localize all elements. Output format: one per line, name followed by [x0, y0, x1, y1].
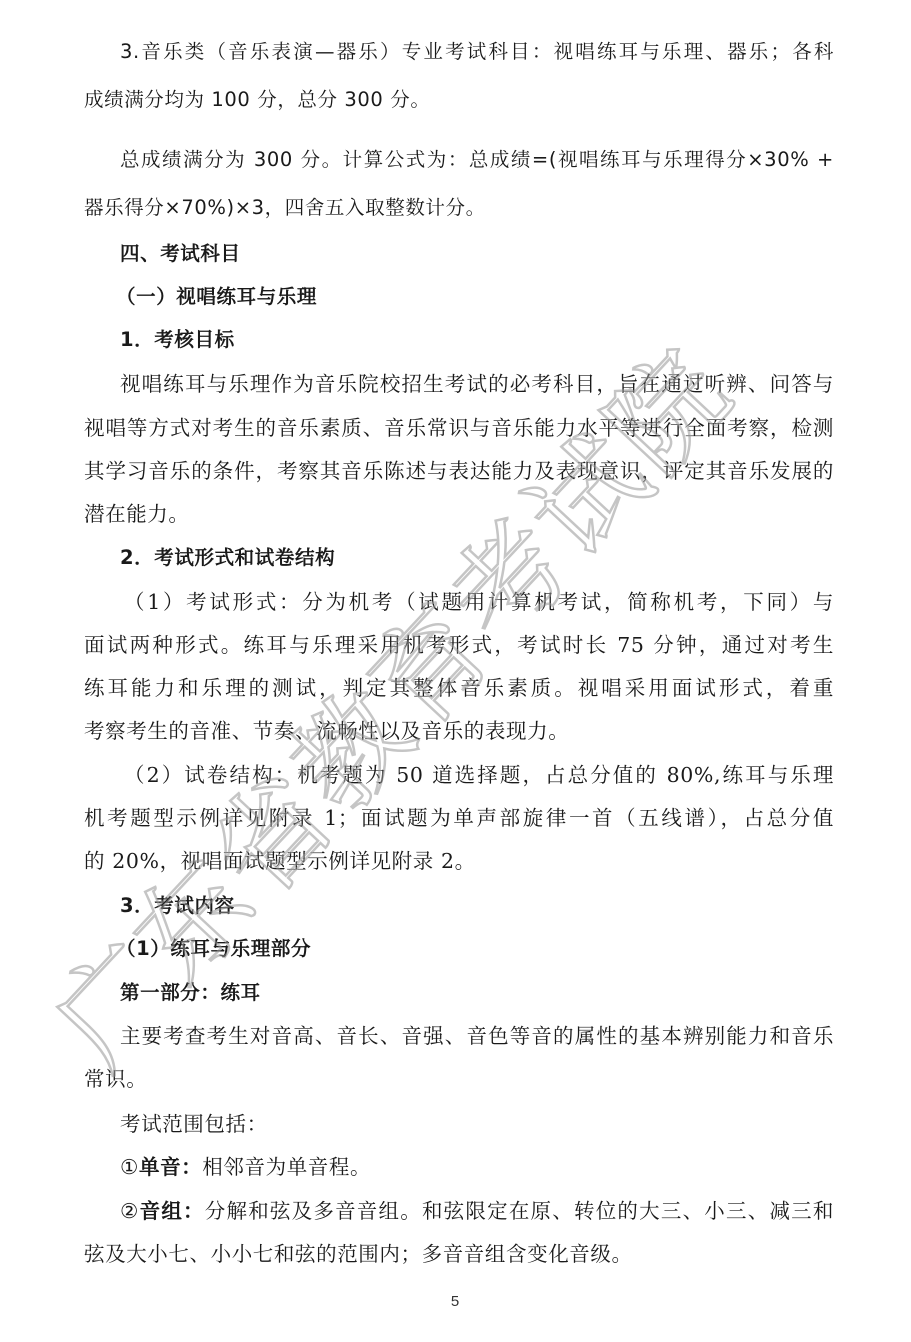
- scope-text: 相邻音为单音程。: [202, 1155, 371, 1179]
- paragraph-subject-line1: 3.音乐类（音乐表演—器乐）专业考试科目：视唱练耳与乐理、器乐；各科: [120, 38, 834, 66]
- structure-line: 机考题型示例详见附录 1；面试题为单声部旋律一首（五线谱），占总分值: [84, 804, 834, 832]
- item-heading-goals: 1．考核目标: [120, 326, 834, 354]
- scope-marker: ②: [120, 1199, 140, 1223]
- paragraph-formula-line1: 总成绩满分为 300 分。计算公式为：总成绩=(视唱练耳与乐理得分×30% +: [120, 146, 834, 174]
- ear-line: 常识。: [84, 1065, 834, 1093]
- subsection-heading-ear-theory: （1）练耳与乐理部分: [116, 935, 866, 963]
- scope-term: 单音：: [139, 1155, 202, 1179]
- part-heading-ear: 第一部分：练耳: [120, 979, 834, 1007]
- ear-line: 主要考查考生对音高、音长、音强、音色等音的属性的基本辨别能力和音乐: [120, 1022, 834, 1050]
- goals-line: 视唱练耳与乐理作为音乐院校招生考试的必考科目，旨在通过听辨、问答与: [120, 370, 834, 398]
- paragraph-subject-line2: 成绩满分均为 100 分，总分 300 分。: [84, 86, 834, 114]
- goals-line: 视唱等方式对考生的音乐素质、音乐常识与音乐能力水平等进行全面考察，检测: [84, 414, 834, 442]
- subsection-heading: （一）视唱练耳与乐理: [116, 283, 866, 311]
- format-line: 考察考生的音准、节奏、流畅性以及音乐的表现力。: [84, 717, 834, 745]
- structure-line: （2）试卷结构：机考题为 50 道选择题，占总分值的 80%,练耳与乐理: [124, 761, 834, 789]
- page-number: 5: [440, 1293, 470, 1310]
- scope-item-note-group-cont: 弦及大小七、小小七和弦的范围内；多音音组含变化音级。: [84, 1240, 834, 1268]
- format-line: （1）考试形式：分为机考（试题用计算机考试，简称机考，下同）与: [124, 588, 834, 616]
- scope-item-note-group: ②音组：分解和弦及多音音组。和弦限定在原、转位的大三、小三、减三和: [120, 1197, 834, 1225]
- format-line: 练耳能力和乐理的测试，判定其整体音乐素质。视唱采用面试形式，着重: [84, 674, 834, 702]
- goals-line: 潜在能力。: [84, 500, 834, 528]
- item-heading-format: 2．考试形式和试卷结构: [120, 544, 834, 572]
- document-page: 3.音乐类（音乐表演—器乐）专业考试科目：视唱练耳与乐理、器乐；各科 成绩满分均…: [0, 0, 911, 1342]
- section-heading: 四、考试科目: [120, 240, 834, 268]
- scope-text: 分解和弦及多音音组。和弦限定在原、转位的大三、小三、减三和: [205, 1199, 834, 1223]
- paragraph-formula-line2: 器乐得分×70%)×3，四舍五入取整数计分。: [84, 194, 834, 222]
- scope-term: 音组：: [140, 1199, 205, 1223]
- format-line: 面试两种形式。练耳与乐理采用机考形式，考试时长 75 分钟，通过对考生: [84, 631, 834, 659]
- scope-item-single-note: ①单音：相邻音为单音程。: [120, 1153, 834, 1181]
- structure-line: 的 20%，视唱面试题型示例详见附录 2。: [84, 847, 834, 875]
- scope-marker: ①: [120, 1155, 139, 1179]
- scope-label: 考试范围包括：: [120, 1110, 834, 1138]
- goals-line: 其学习音乐的条件，考察其音乐陈述与表达能力及表现意识，评定其音乐发展的: [84, 457, 834, 485]
- item-heading-content: 3．考试内容: [120, 892, 834, 920]
